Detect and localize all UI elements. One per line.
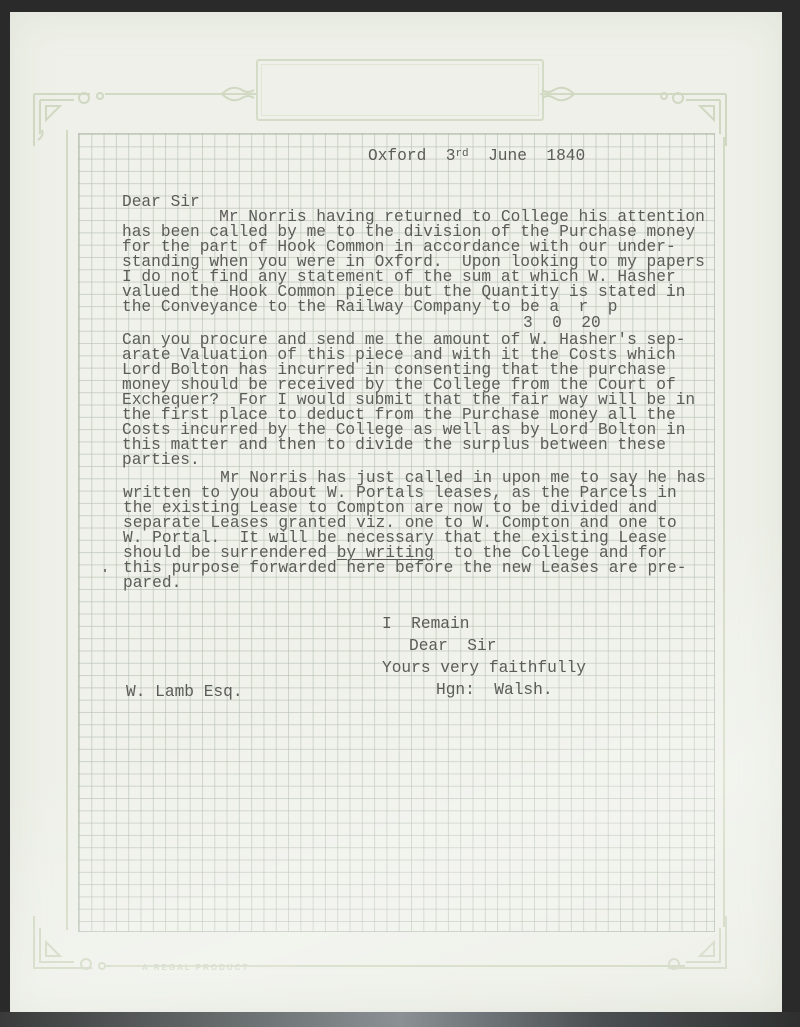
closing-line-2: Dear Sir	[409, 639, 496, 654]
text-line: pared.	[123, 576, 706, 591]
text-line: the Conveyance to the Railway Company to…	[122, 300, 705, 315]
stationery-footer-mark: A REGAL PRODUCT	[142, 963, 249, 972]
quantity-values: 3 0 20	[523, 316, 601, 331]
dateline-day: 3	[446, 147, 456, 165]
dateline-day-suffix: rd	[455, 148, 468, 160]
left-border-line	[66, 130, 68, 930]
dateline-place: Oxford	[368, 147, 426, 165]
dateline: Oxford 3rd June 1840	[368, 149, 585, 166]
dateline-month-year: June 1840	[488, 147, 585, 165]
paragraph-1: Mr Norris having returned to College his…	[122, 210, 705, 315]
paragraph-2: Can you procure and send me the amount o…	[122, 333, 695, 468]
closing-line-3: Yours very faithfully	[382, 661, 586, 676]
text-line: this purpose forwarded here before the n…	[123, 561, 706, 576]
letterhead-panel	[256, 59, 544, 121]
paragraph-3: Mr Norris has just called in upon me to …	[123, 471, 706, 591]
text-line: parties.	[122, 453, 695, 468]
right-border-line	[723, 137, 725, 927]
closing-line-1: I Remain	[382, 617, 469, 632]
scroll-ornament-left-icon	[220, 84, 256, 104]
text-line: this matter and then to divide the surpl…	[122, 438, 695, 453]
stray-ink-mark	[104, 569, 106, 572]
addressee: W. Lamb Esq.	[126, 685, 243, 700]
scroll-ornament-right-icon	[540, 84, 576, 104]
scan-backdrop	[0, 1012, 800, 1027]
signature: Hgn: Walsh.	[436, 683, 553, 698]
